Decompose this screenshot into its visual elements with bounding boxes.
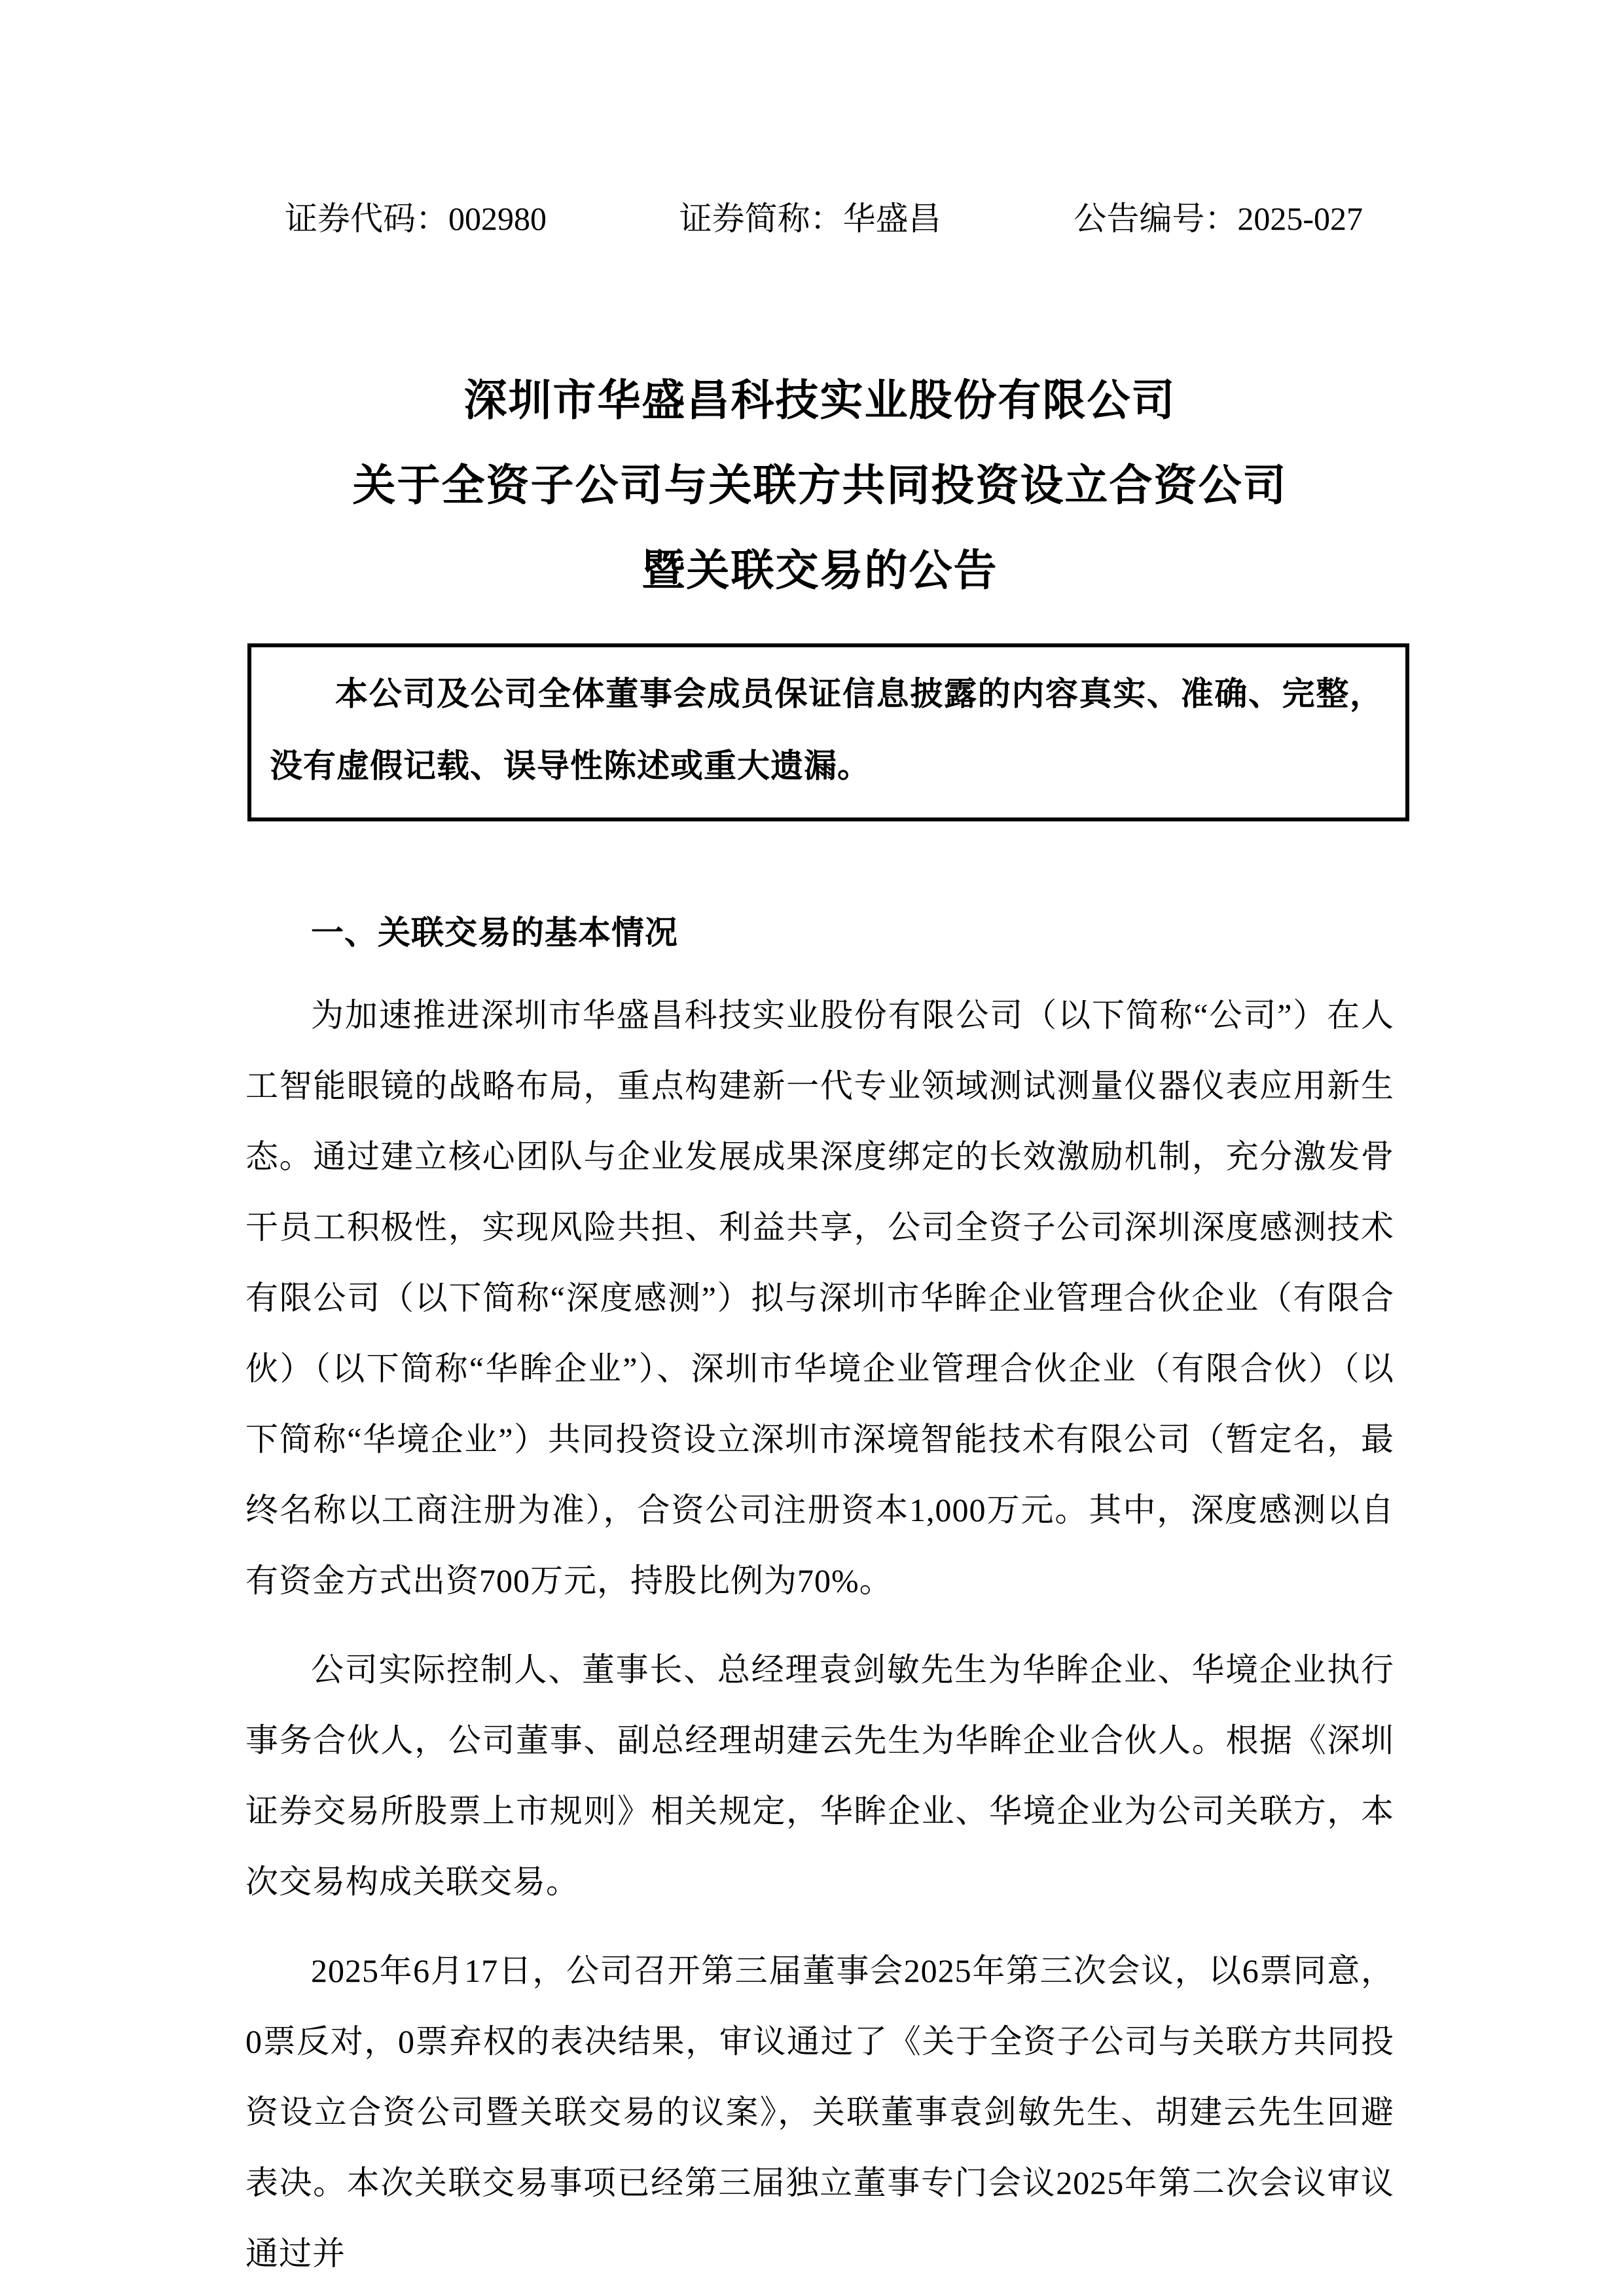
title-line-announcement-type: 暨关联交易的公告 xyxy=(245,529,1394,614)
title-line-subject: 关于全资子公司与关联方共同投资设立合资公司 xyxy=(245,444,1394,529)
section-1-heading: 一、关联交易的基本情况 xyxy=(245,913,1394,952)
document-header: 证券代码：002980 证券简称：华盛昌 公告编号：2025-027 xyxy=(245,200,1394,238)
stock-short-name: 证券简称：华盛昌 xyxy=(679,200,941,238)
document-title: 深圳市华盛昌科技实业股份有限公司 关于全资子公司与关联方共同投资设立合资公司 暨… xyxy=(245,359,1394,614)
section-1-paragraph-1: 为加速推进深圳市华盛昌科技实业股份有限公司（以下简称“公司”）在人工智能眼镜的战… xyxy=(245,980,1394,1616)
stock-code: 证券代码：002980 xyxy=(285,200,547,238)
section-1-paragraph-3: 2025年6月17日，公司召开第三届董事会2025年第三次会议，以6票同意，0票… xyxy=(245,1935,1394,2289)
section-1-paragraph-2: 公司实际控制人、董事长、总经理袁剑敏先生为华眸企业、华境企业执行事务合伙人，公司… xyxy=(245,1634,1394,1917)
announcement-number: 公告编号：2025-027 xyxy=(1074,200,1363,238)
disclosure-guarantee-box: 本公司及公司全体董事会成员保证信息披露的内容真实、准确、完整，没有虚假记载、误导… xyxy=(247,643,1409,821)
title-line-company-name: 深圳市华盛昌科技实业股份有限公司 xyxy=(245,359,1394,444)
disclosure-guarantee-text: 本公司及公司全体董事会成员保证信息披露的内容真实、准确、完整，没有虚假记载、误导… xyxy=(270,658,1383,802)
announcement-document-page: 证券代码：002980 证券简称：华盛昌 公告编号：2025-027 深圳市华盛… xyxy=(0,0,1624,2296)
